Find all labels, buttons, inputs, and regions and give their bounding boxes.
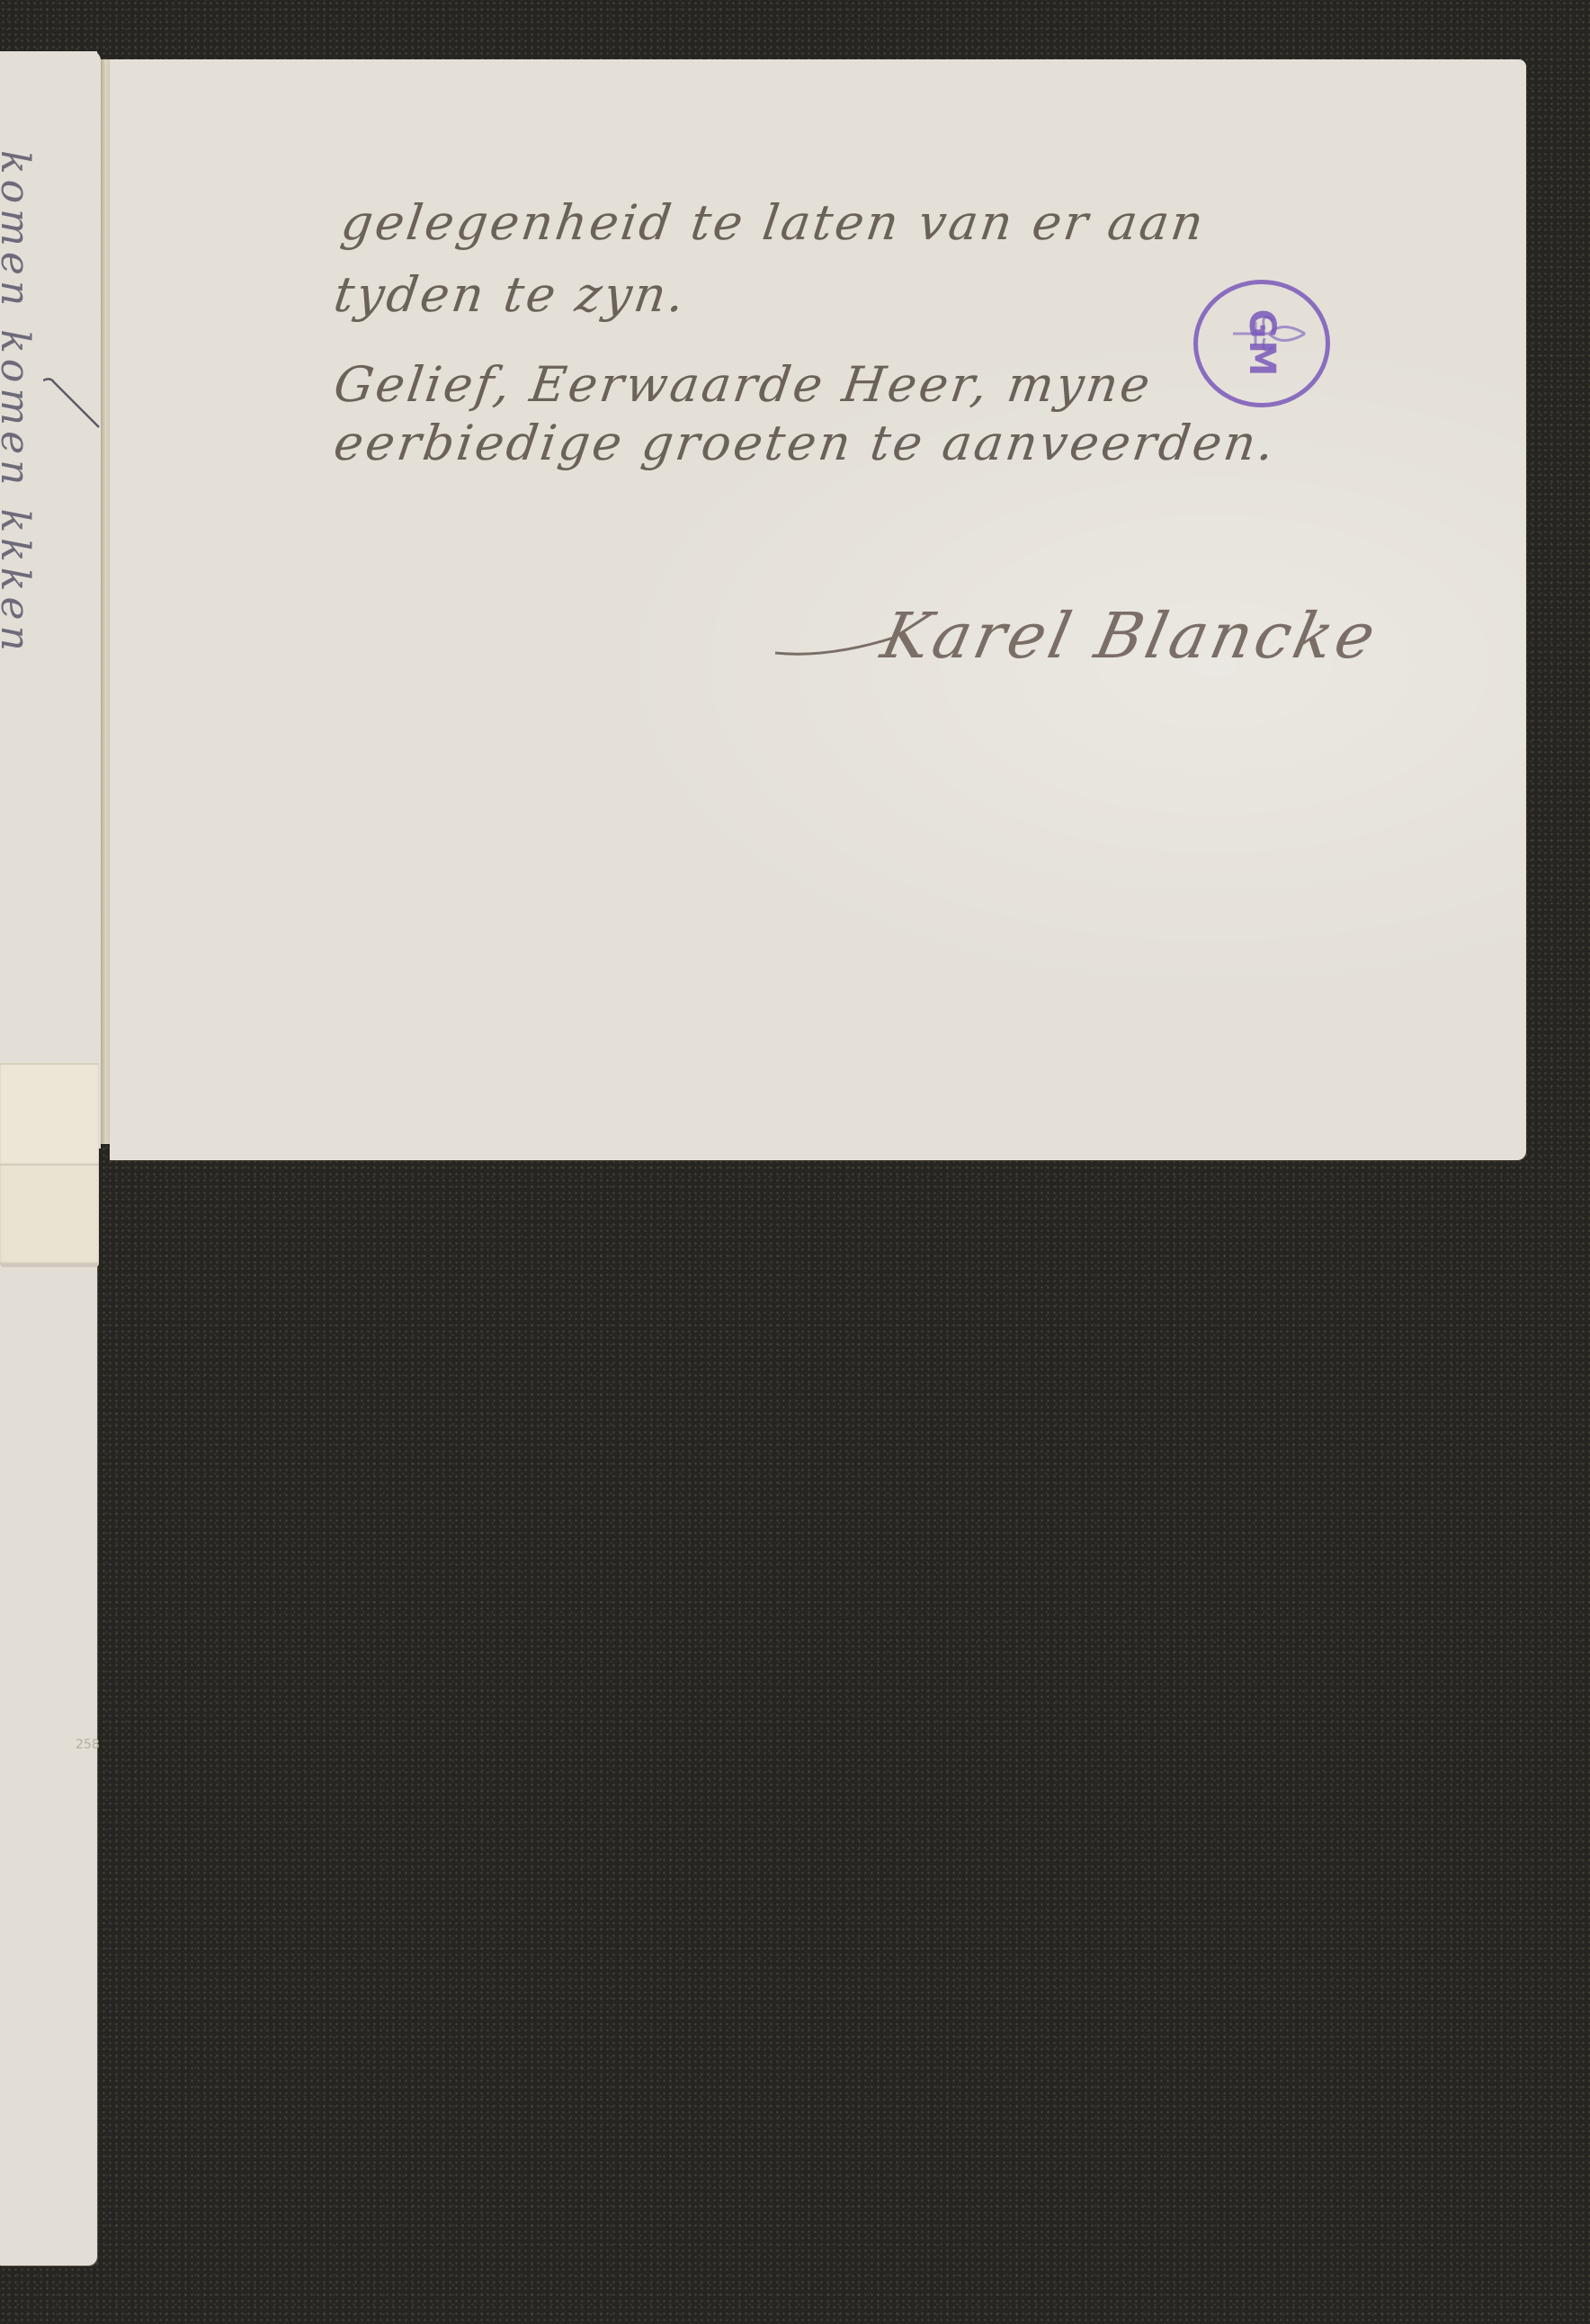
handwriting-line-2: tyden te zyn. (331, 266, 691, 323)
repair-tape-lower (0, 1166, 99, 1267)
pencil-folio-number: 258 (76, 1738, 100, 1752)
fleur-de-lis-icon (1228, 311, 1309, 356)
signature: Karel Blancke (875, 599, 1385, 673)
handwriting-line-1: gelegenheid te laten van er aan (338, 194, 1210, 251)
repair-tape-upper (0, 1063, 99, 1166)
left-page-vertical-text: komen komen kkken (2, 150, 56, 960)
library-stamp: GM (1193, 280, 1330, 407)
left-page-upper: komen komen kkken (0, 51, 101, 1149)
vertical-handwriting: komen komen kkken (0, 150, 38, 657)
pen-stroke-mark (43, 377, 103, 431)
handwriting-line-4: eerbiedige groeten te aanveerden. (331, 415, 1281, 471)
handwriting-line-3: Gelief, Eerwaarde Heer, myne (331, 356, 1157, 413)
letter-sheet: gelegenheid te laten van er aan tyden te… (110, 59, 1526, 1160)
